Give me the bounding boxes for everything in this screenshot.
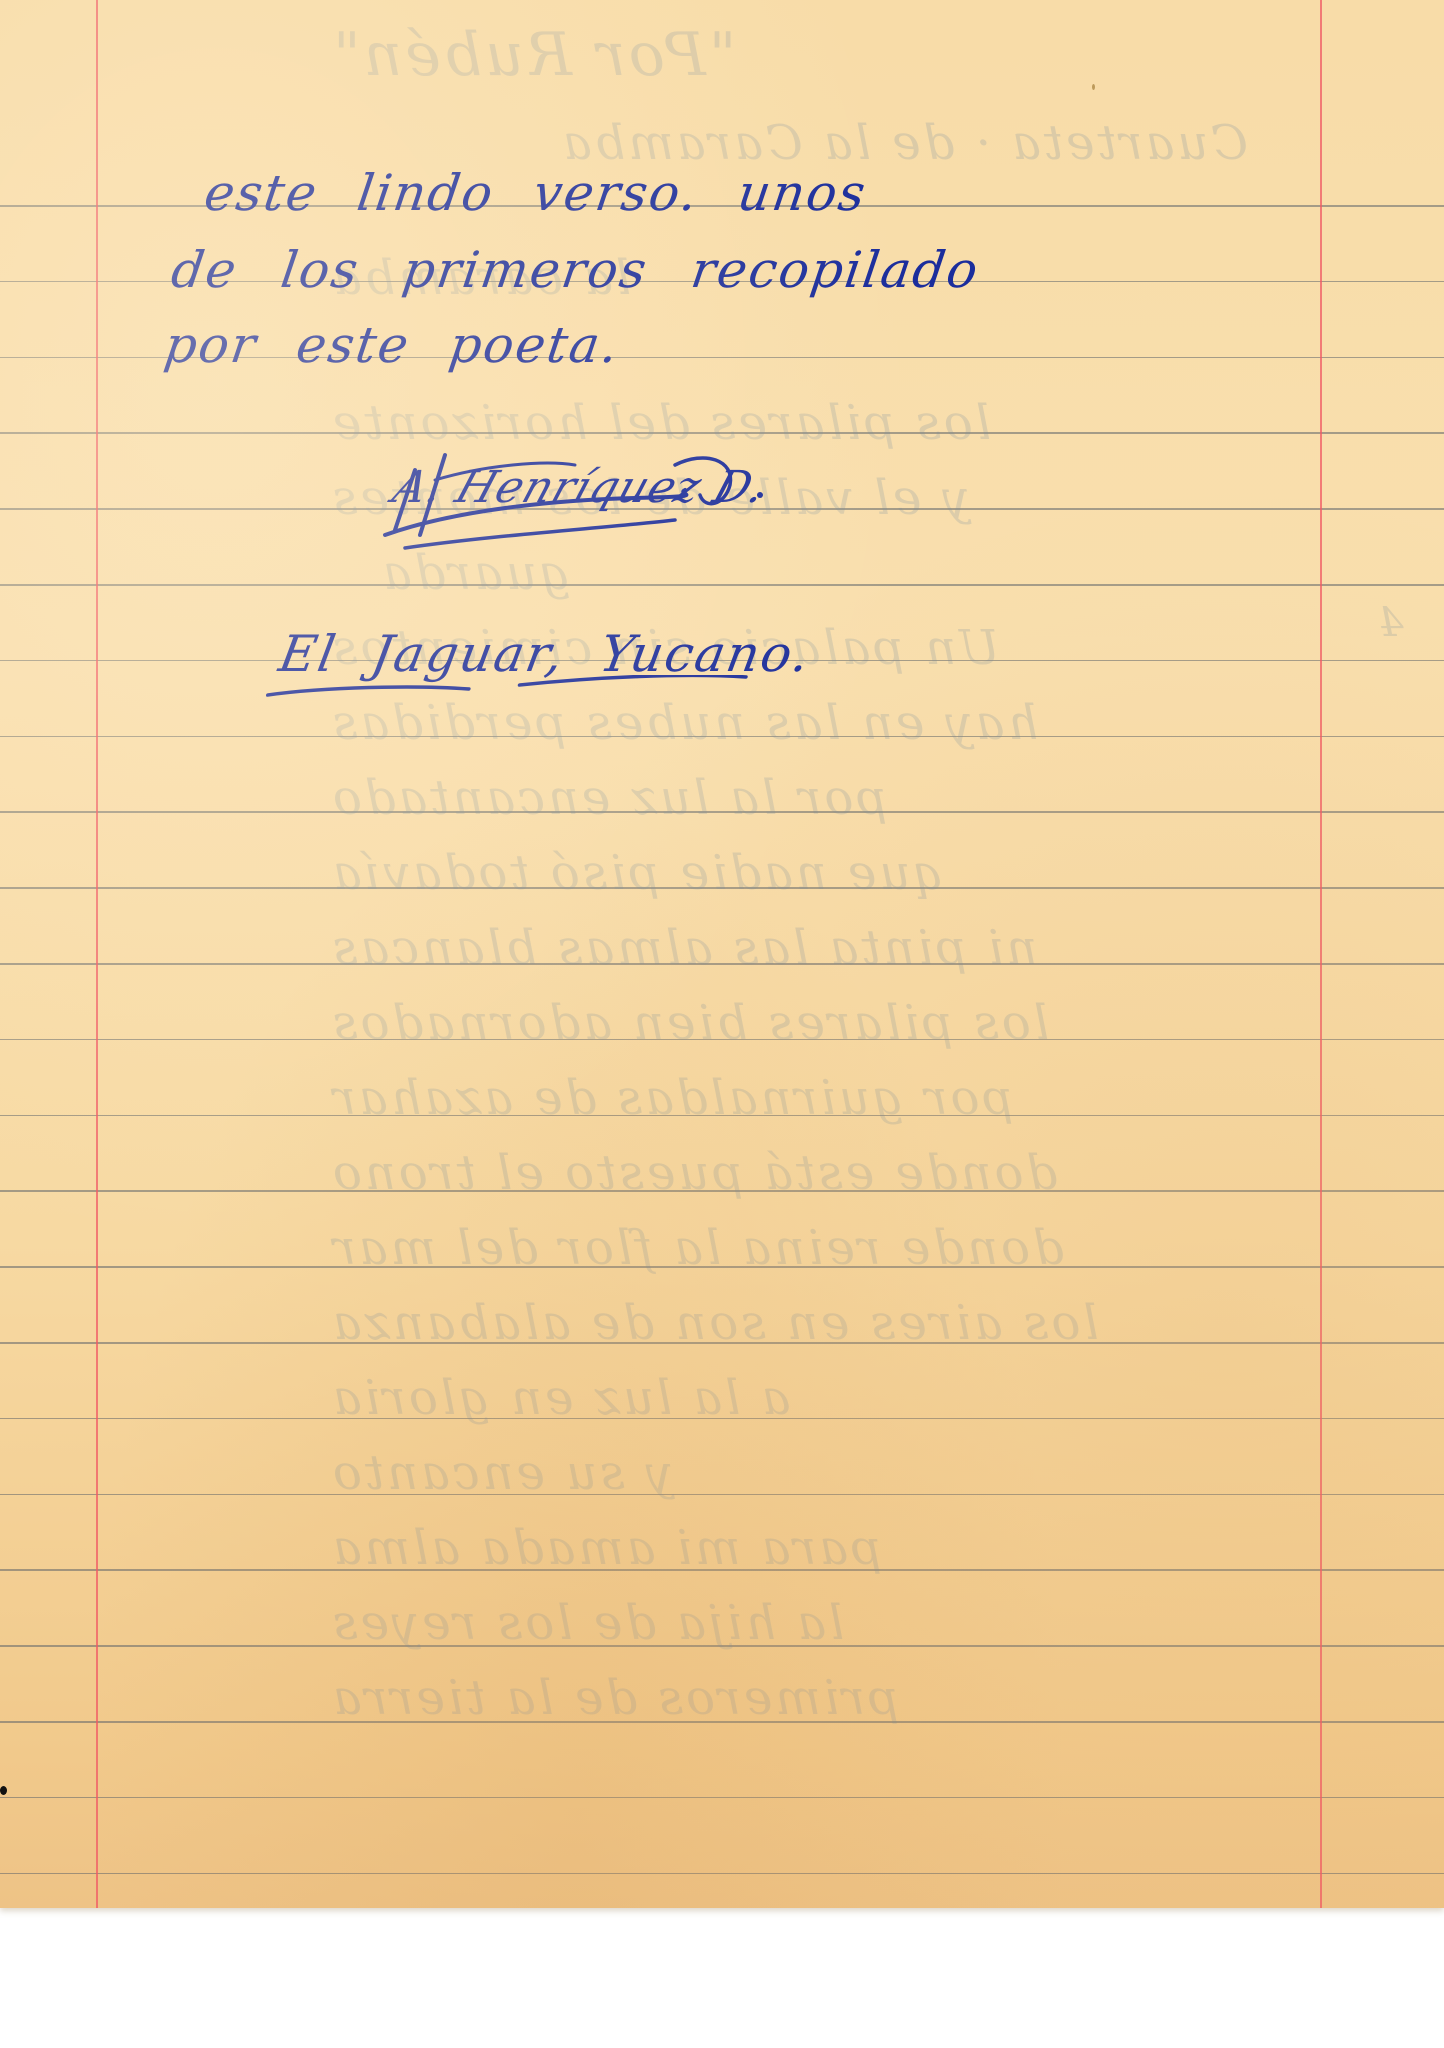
lined-paper-sheet: "Por Rubén" Cuarteta · de la Caramba la … xyxy=(0,0,1444,1908)
bleed-through-text: los pilares bien adornados xyxy=(330,995,1049,1051)
signature: A. Henríquez D. xyxy=(375,440,775,550)
place-line: El Jaguar, Yucano. xyxy=(275,625,816,683)
bleed-through-text: por la luz encantado xyxy=(330,770,887,826)
bleed-through-text: donde está puesto el trono xyxy=(330,1145,1057,1201)
bleed-through-text: que nadie pisó todavía xyxy=(330,845,944,901)
bleed-through-text: y su encanto xyxy=(330,1445,673,1501)
left-margin-line xyxy=(96,0,98,1908)
bleed-through-text: donde reina la flor del mar xyxy=(330,1220,1064,1276)
ruled-line xyxy=(0,1797,1444,1799)
signature-name: A. Henríquez D. xyxy=(387,462,774,513)
right-margin-line xyxy=(1320,0,1322,1908)
note-line-1: este lindo verso. unos xyxy=(201,168,870,218)
bleed-through-text: "Por Rubén" xyxy=(330,20,736,90)
bleed-through-text: Cuarteta · de la Caramba xyxy=(560,115,1248,171)
bleed-through-text: a la luz en gloria xyxy=(330,1370,790,1426)
bleed-through-text: primeros de la tierra xyxy=(330,1670,899,1726)
note-line-2: de los primeros recopilado xyxy=(168,245,982,295)
bleed-through-text: los aires en son de alabanza xyxy=(330,1295,1099,1351)
bleed-through-text: por guirnaldas de azahar xyxy=(330,1070,1013,1126)
bleed-through-text: guarda xyxy=(380,545,571,601)
bleed-through-text: para mi amada alma xyxy=(330,1520,882,1576)
ruled-line xyxy=(0,584,1444,586)
bleed-through-page-number: 4 xyxy=(1375,600,1403,646)
bleed-through-text: ni pinta las almas blancas xyxy=(330,920,1037,976)
ruled-line xyxy=(0,1873,1444,1875)
ruled-line xyxy=(0,1494,1444,1496)
punch-mark xyxy=(0,1786,7,1795)
paper-speck xyxy=(1092,84,1095,90)
place-underline-icon xyxy=(256,675,827,735)
note-line-3: por este poeta. xyxy=(161,320,622,370)
bleed-through-text: la hija de los reyes xyxy=(330,1595,844,1651)
